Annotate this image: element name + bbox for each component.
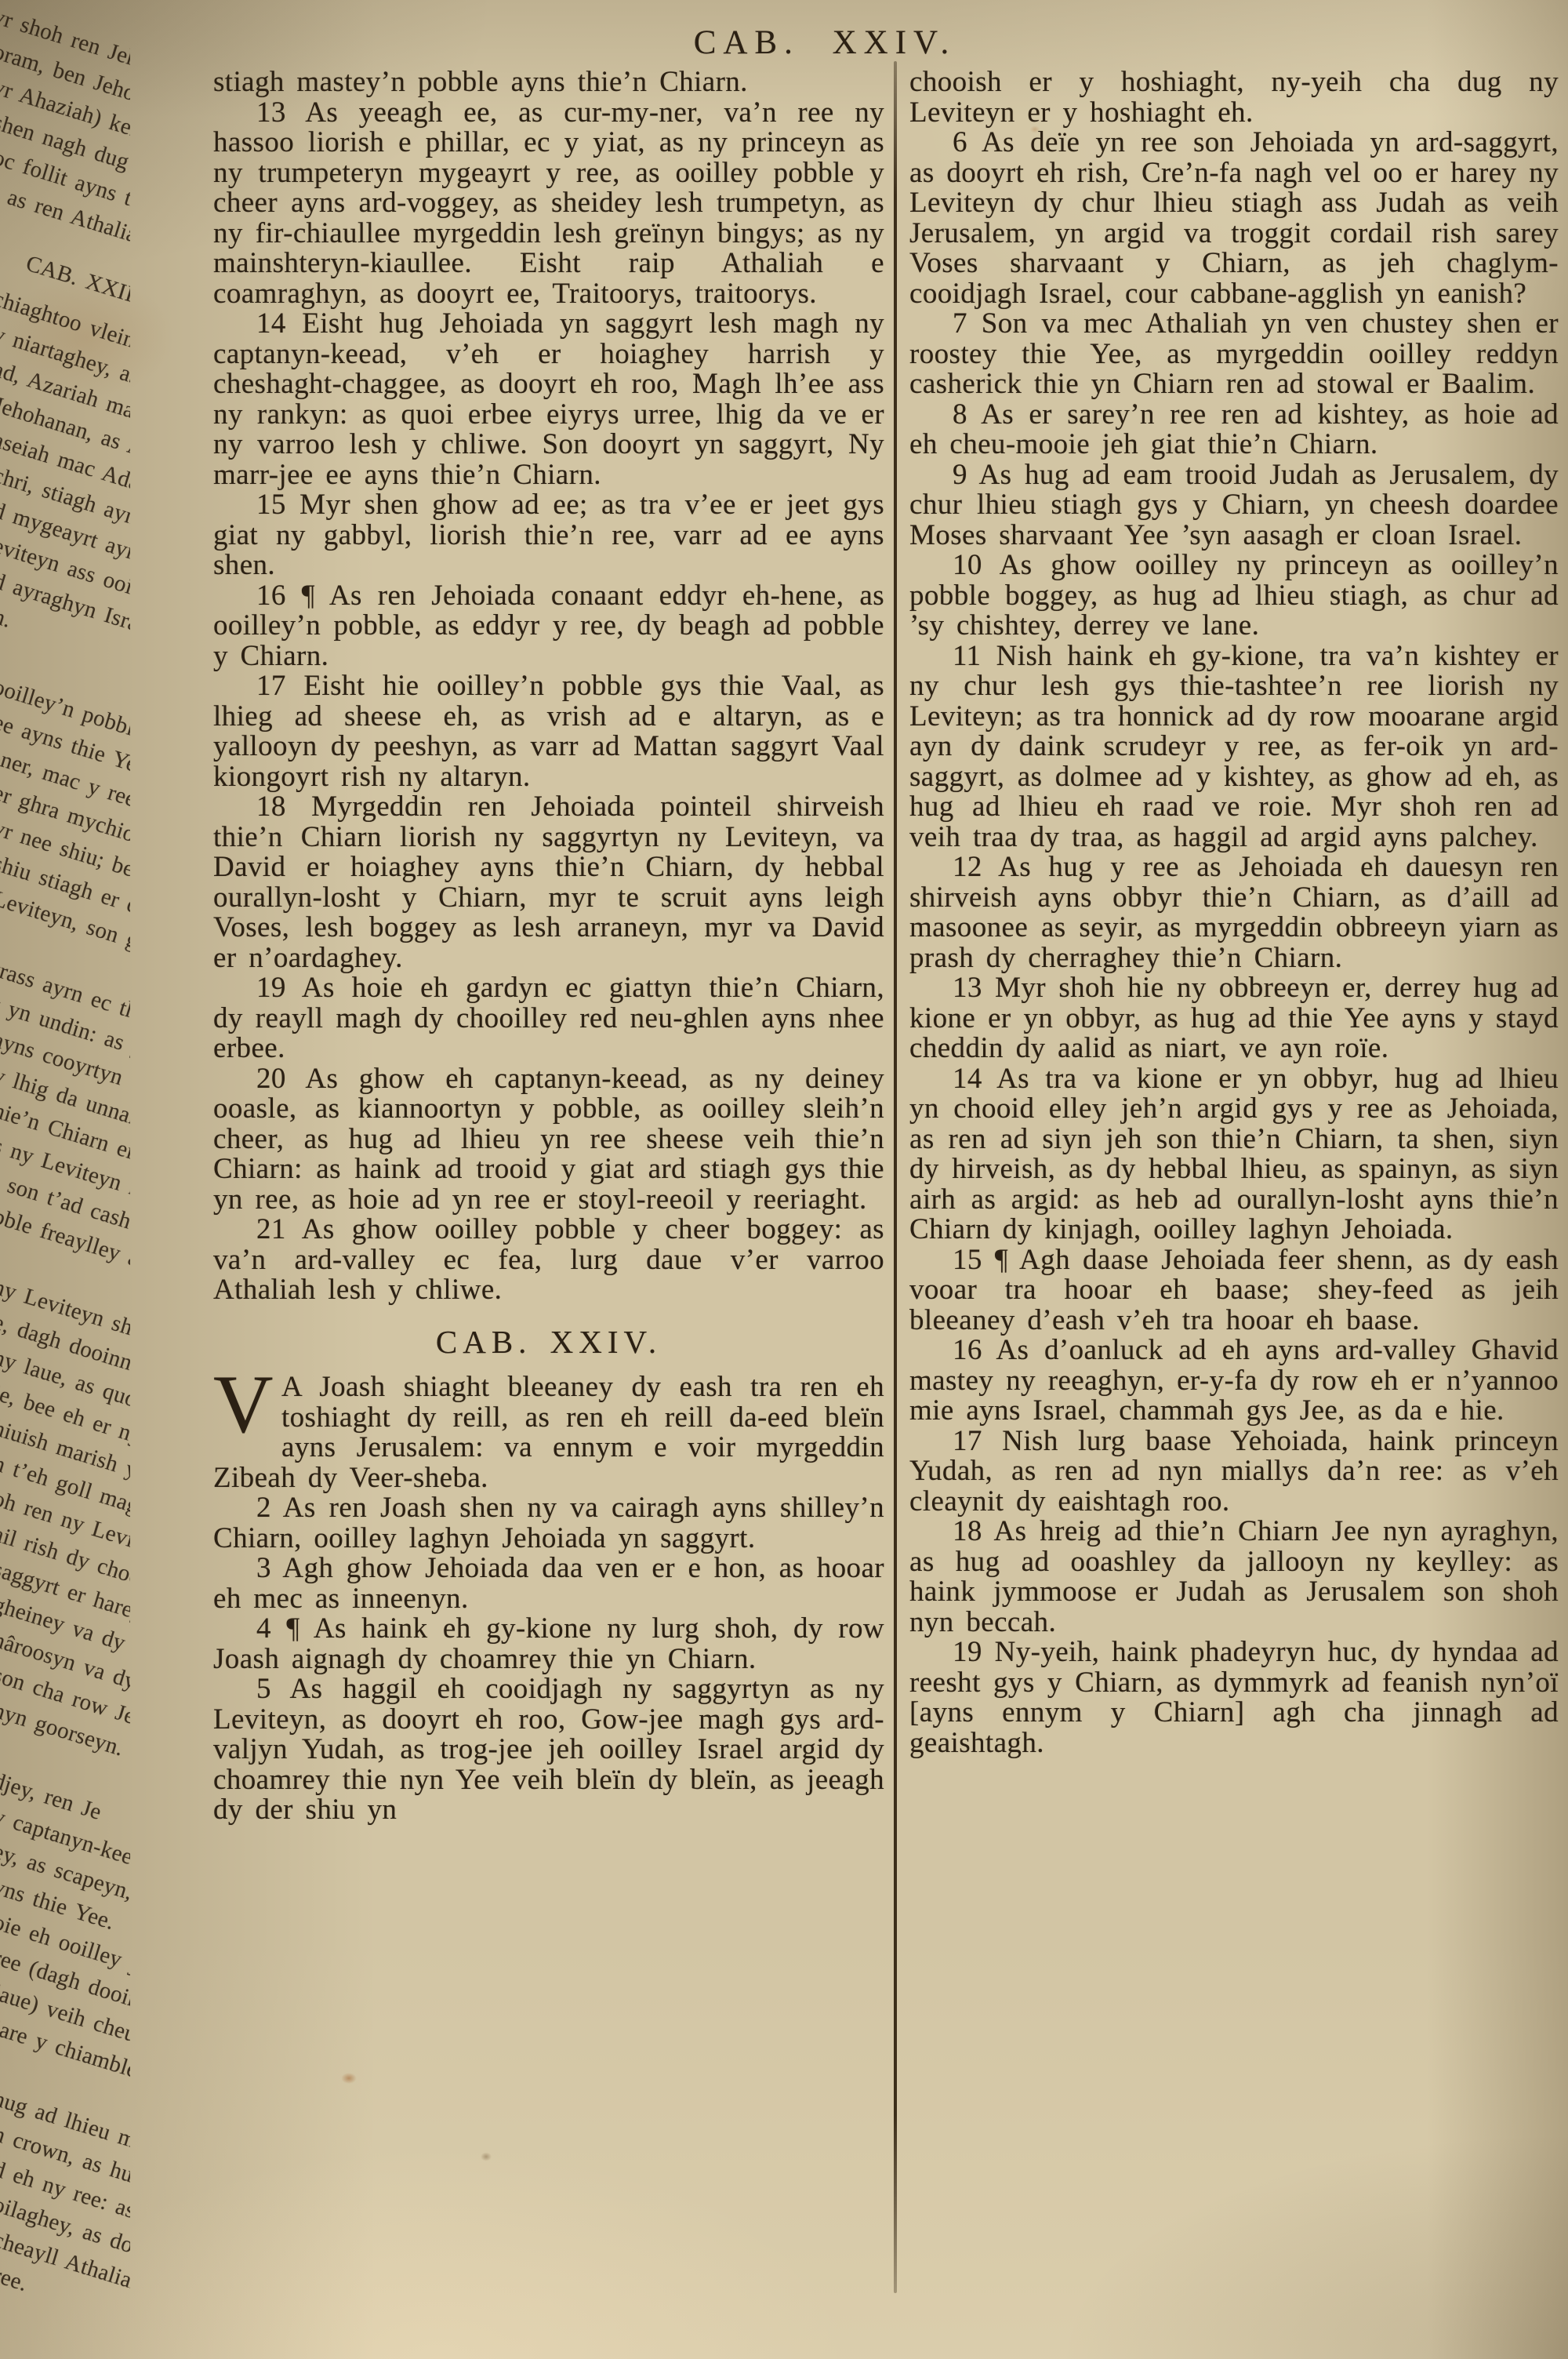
verse-number: 17	[256, 670, 286, 702]
spine-page-edge: yr shoh ren Jehoram, ben Jehoiada yyr Ah…	[0, 0, 161, 2359]
bible-page: CAB. XXIV. stiagh mastey’n pobble ayns t…	[0, 0, 1568, 2359]
drop-cap: V	[213, 1372, 281, 1435]
continuation-paragraph: stiagh mastey’n pobble ayns thie’n Chiar…	[213, 67, 884, 98]
verse-paragraph: 2 As ren Joash shen ny va cairagh ayns s…	[213, 1493, 884, 1554]
verse-paragraph: 5 As haggil eh cooidjagh ny saggyrtyn as…	[213, 1674, 884, 1826]
verse-paragraph: 20 As ghow eh captanyn-keead, as ny dein…	[213, 1064, 884, 1216]
verse-paragraph: 17 Nish lurg baase Yehoiada, haink princ…	[909, 1427, 1559, 1518]
verse-number: 7	[953, 307, 967, 340]
verse-number: 16 ¶	[256, 580, 315, 612]
verse-paragraph: 14 As tra va kione er yn obbyr, hug ad l…	[909, 1064, 1559, 1245]
previous-page-text: yr shoh ren Jehoram, ben Jehoiada yyr Ah…	[0, 0, 130, 2359]
verse-number: 14	[256, 307, 286, 340]
verse-paragraph: 9 As hug ad eam trooid Judah as Jerusale…	[909, 460, 1559, 551]
verse-number: 19	[953, 1636, 982, 1668]
verse-paragraph: 17 Eisht hie ooilley’n pobble gys thie V…	[213, 671, 884, 792]
verse-number: 21	[256, 1213, 286, 1245]
verse-paragraph: 19 Ny-yeih, haink phadeyryn huc, dy hynd…	[909, 1637, 1559, 1758]
verse-number: 20	[256, 1063, 286, 1095]
verse-paragraph: 12 As hug y ree as Jehoiada eh dauesyn r…	[909, 852, 1559, 973]
verse-paragraph: 18 Myrgeddin ren Jehoiada pointeil shirv…	[213, 792, 884, 973]
verse-number: 8	[953, 398, 967, 431]
verse-paragraph: 4 ¶ As haink eh gy-kione ny lurg shoh, d…	[213, 1614, 884, 1674]
verse-paragraph: 14 Eisht hug Jehoiada yn saggyrt lesh ma…	[213, 309, 884, 490]
verse-number: 15	[256, 489, 286, 521]
verse-paragraph: 15 Myr shen ghow ad ee; as tra v’ee er j…	[213, 490, 884, 581]
verse-paragraph: 21 As ghow ooilley pobble y cheer boggey…	[213, 1215, 884, 1306]
verse-paragraph: 13 Myr shoh hie ny obbreeyn er, derrey h…	[909, 973, 1559, 1064]
verse-number: 3	[256, 1552, 271, 1584]
spine-text-fragment: n.	[0, 604, 14, 634]
verse-paragraph: VA Joash shiaght bleeaney dy eash tra re…	[213, 1372, 884, 1493]
verse-paragraph: 18 As hreig ad thie’n Chiarn Jee nyn ayr…	[909, 1517, 1559, 1637]
verse-number: 10	[953, 549, 982, 581]
verse-paragraph: 13 As yeeagh ee, as cur-my-ner, va’n ree…	[213, 98, 884, 310]
verse-paragraph: 10 As ghow ooilley ny princeyn as ooille…	[909, 551, 1559, 642]
verse-number: 2	[256, 1492, 271, 1524]
verse-number: 6	[953, 126, 967, 158]
right-column: chooish er y hoshiaght, ny-yeih cha dug …	[909, 67, 1559, 1758]
verse-number: 18	[256, 791, 286, 823]
verse-number: 12	[953, 851, 982, 883]
verse-paragraph: 7 Son va mec Athaliah yn ven chustey she…	[909, 309, 1559, 400]
verse-number: 13	[953, 972, 982, 1004]
left-column: stiagh mastey’n pobble ayns thie’n Chiar…	[213, 67, 884, 1826]
spine-text-fragment: ree.	[0, 2263, 31, 2297]
verse-paragraph: 19 As hoie eh gardyn ec giattyn thie’n C…	[213, 973, 884, 1064]
verse-number: 13	[256, 96, 286, 129]
verse-number: 16	[953, 1334, 982, 1366]
verse-paragraph: 15 ¶ Agh daase Jehoiada feer shenn, as d…	[909, 1245, 1559, 1336]
verse-number: 5	[256, 1673, 271, 1705]
column-divider	[894, 61, 897, 2293]
verse-paragraph: 11 Nish haink eh gy-kione, tra va’n kish…	[909, 642, 1559, 853]
book-photo: CAB. XXIV. stiagh mastey’n pobble ayns t…	[0, 0, 1568, 2359]
verse-paragraph: 16 ¶ As ren Jehoiada conaant eddyr eh-he…	[213, 581, 884, 672]
verse-paragraph: 8 As er sarey’n ree ren ad kishtey, as h…	[909, 400, 1559, 460]
verse-number: 15 ¶	[953, 1244, 1008, 1276]
verse-paragraph: 6 As deïe yn ree son Jehoiada yn ard-sag…	[909, 128, 1559, 309]
verse-number: 9	[953, 459, 967, 491]
verse-number: 14	[953, 1063, 982, 1095]
verse-paragraph: 3 Agh ghow Jehoiada daa ven er e hon, as…	[213, 1554, 884, 1614]
verse-number: 18	[953, 1515, 982, 1547]
running-head: CAB. XXIV.	[213, 24, 1436, 62]
verse-number: 11	[953, 640, 981, 672]
verse-number: 19	[256, 972, 286, 1004]
chapter-heading: CAB. XXIV.	[213, 1327, 884, 1358]
verse-paragraph: 16 As d’oanluck ad eh ayns ard-valley Gh…	[909, 1336, 1559, 1427]
verse-number: 17	[953, 1425, 982, 1457]
verse-number: 4 ¶	[256, 1612, 300, 1645]
continuation-paragraph: chooish er y hoshiaght, ny-yeih cha dug …	[909, 67, 1559, 128]
running-head-text: CAB. XXIV.	[694, 24, 956, 61]
